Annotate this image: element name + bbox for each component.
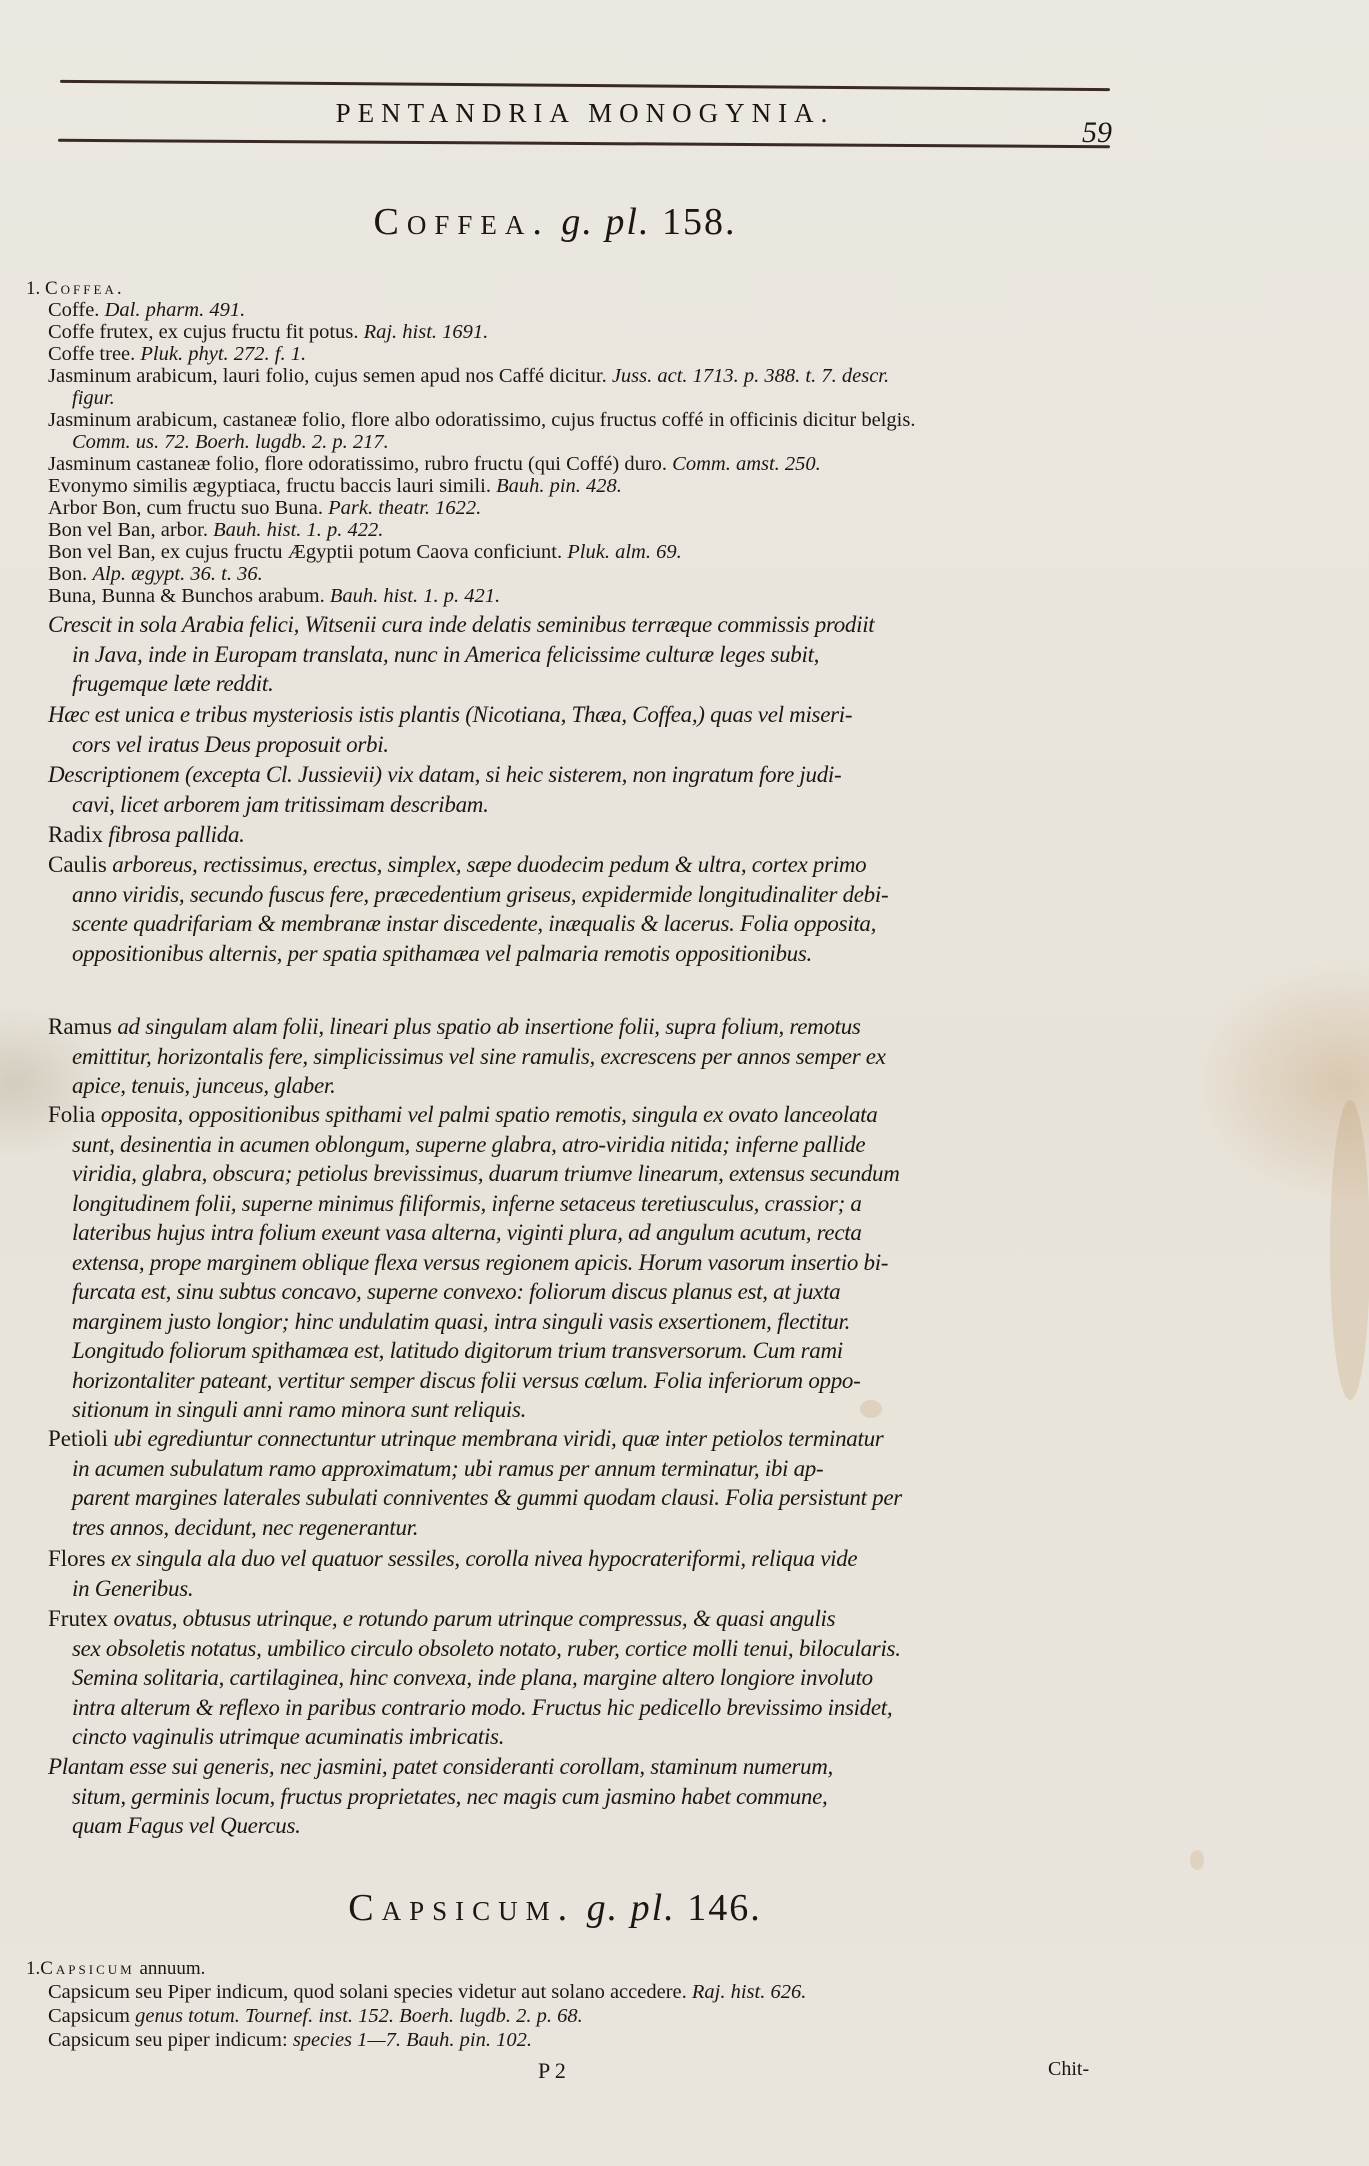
synonym-line: Jasminum arabicum, lauri folio, cujus se… (48, 366, 889, 387)
paragraph-haec-est: Hæc est unica e tribus mysteriosis istis… (48, 700, 1108, 759)
species-heading-coffea: 1. Coffea. (26, 278, 125, 300)
synonym-line: Jasminum arabicum, castaneæ folio, flore… (48, 410, 915, 431)
paragraph-ramus: Ramus ad singulam alam folii, lineari pl… (48, 1012, 1108, 1101)
running-head: PENTANDRIA MONOGYNIA. (60, 98, 1110, 129)
synonym-line: Capsicum seu Piper indicum, quod solani … (48, 1982, 806, 2003)
catchword: Chit- (1048, 2058, 1089, 2081)
synonym-line: Buna, Bunna & Bunchos arabum. Bauh. hist… (48, 586, 500, 607)
synonym-line: Capsicum genus totum. Tournef. inst. 152… (48, 2006, 583, 2027)
synonym-line: Bon vel Ban, arbor. Bauh. hist. 1. p. 42… (48, 520, 383, 541)
synonym-line: Arbor Bon, cum fructu suo Buna. Park. th… (48, 498, 481, 519)
paragraph-petioli: Petioli ubi egrediuntur connectuntur utr… (48, 1424, 1108, 1542)
header-rule-top (60, 80, 1110, 91)
book-page: PENTANDRIA MONOGYNIA. 59 Coffea. g. pl. … (0, 0, 1369, 2166)
synonym-line: Comm. us. 72. Boerh. lugdb. 2. p. 217. (72, 432, 389, 453)
synonym-line: Bon. Alp. ægypt. 36. t. 36. (48, 564, 263, 585)
species-heading-capsicum: 1.Capsicum annuum. (26, 1958, 205, 1980)
paragraph-caulis: Caulis arboreus, rectissimus, erectus, s… (48, 850, 1108, 968)
synonym-line: figur. (72, 388, 115, 409)
paragraph-frutex: Frutex ovatus, obtusus utrinque, e rotun… (48, 1604, 1108, 1752)
synonym-line: Capsicum seu piper indicum: species 1—7.… (48, 2030, 532, 2051)
synonym-line: Coffe frutex, ex cujus fructu fit potus.… (48, 322, 488, 343)
synonym-line: Bon vel Ban, ex cujus fructu Ægyptii pot… (48, 542, 682, 563)
genus-title-coffea: Coffea. g. pl. 158. (0, 200, 1110, 244)
genus-title-capsicum: Capsicum. g. pl. 146. (0, 1886, 1110, 1930)
header-rule-bottom (58, 139, 1110, 148)
paragraph-folia: Folia opposita, oppositionibus spithami … (48, 1100, 1108, 1425)
paragraph-radix: Radix fibrosa pallida. (48, 820, 1108, 850)
paragraph-plantam: Plantam esse sui generis, nec jasmini, p… (48, 1752, 1108, 1841)
synonym-line: Coffe. Dal. pharm. 491. (48, 300, 245, 321)
paragraph-descriptionem: Descriptionem (excepta Cl. Jussievii) vi… (48, 760, 1108, 819)
paper-stain (1190, 1850, 1204, 1870)
paragraph-flores: Flores ex singula ala duo vel quatuor se… (48, 1544, 1108, 1603)
paragraph-crescit: Crescit in sola Arabia felici, Witsenii … (48, 610, 1108, 699)
printer-signature: P 2 (538, 2058, 566, 2084)
paper-stain (1330, 1100, 1369, 1400)
synonym-line: Coffe tree. Pluk. phyt. 272. f. 1. (48, 344, 306, 365)
synonym-line: Evonymo similis ægyptiaca, fructu baccis… (48, 476, 622, 497)
synonym-line: Jasminum castaneæ folio, flore odoratiss… (48, 454, 821, 475)
